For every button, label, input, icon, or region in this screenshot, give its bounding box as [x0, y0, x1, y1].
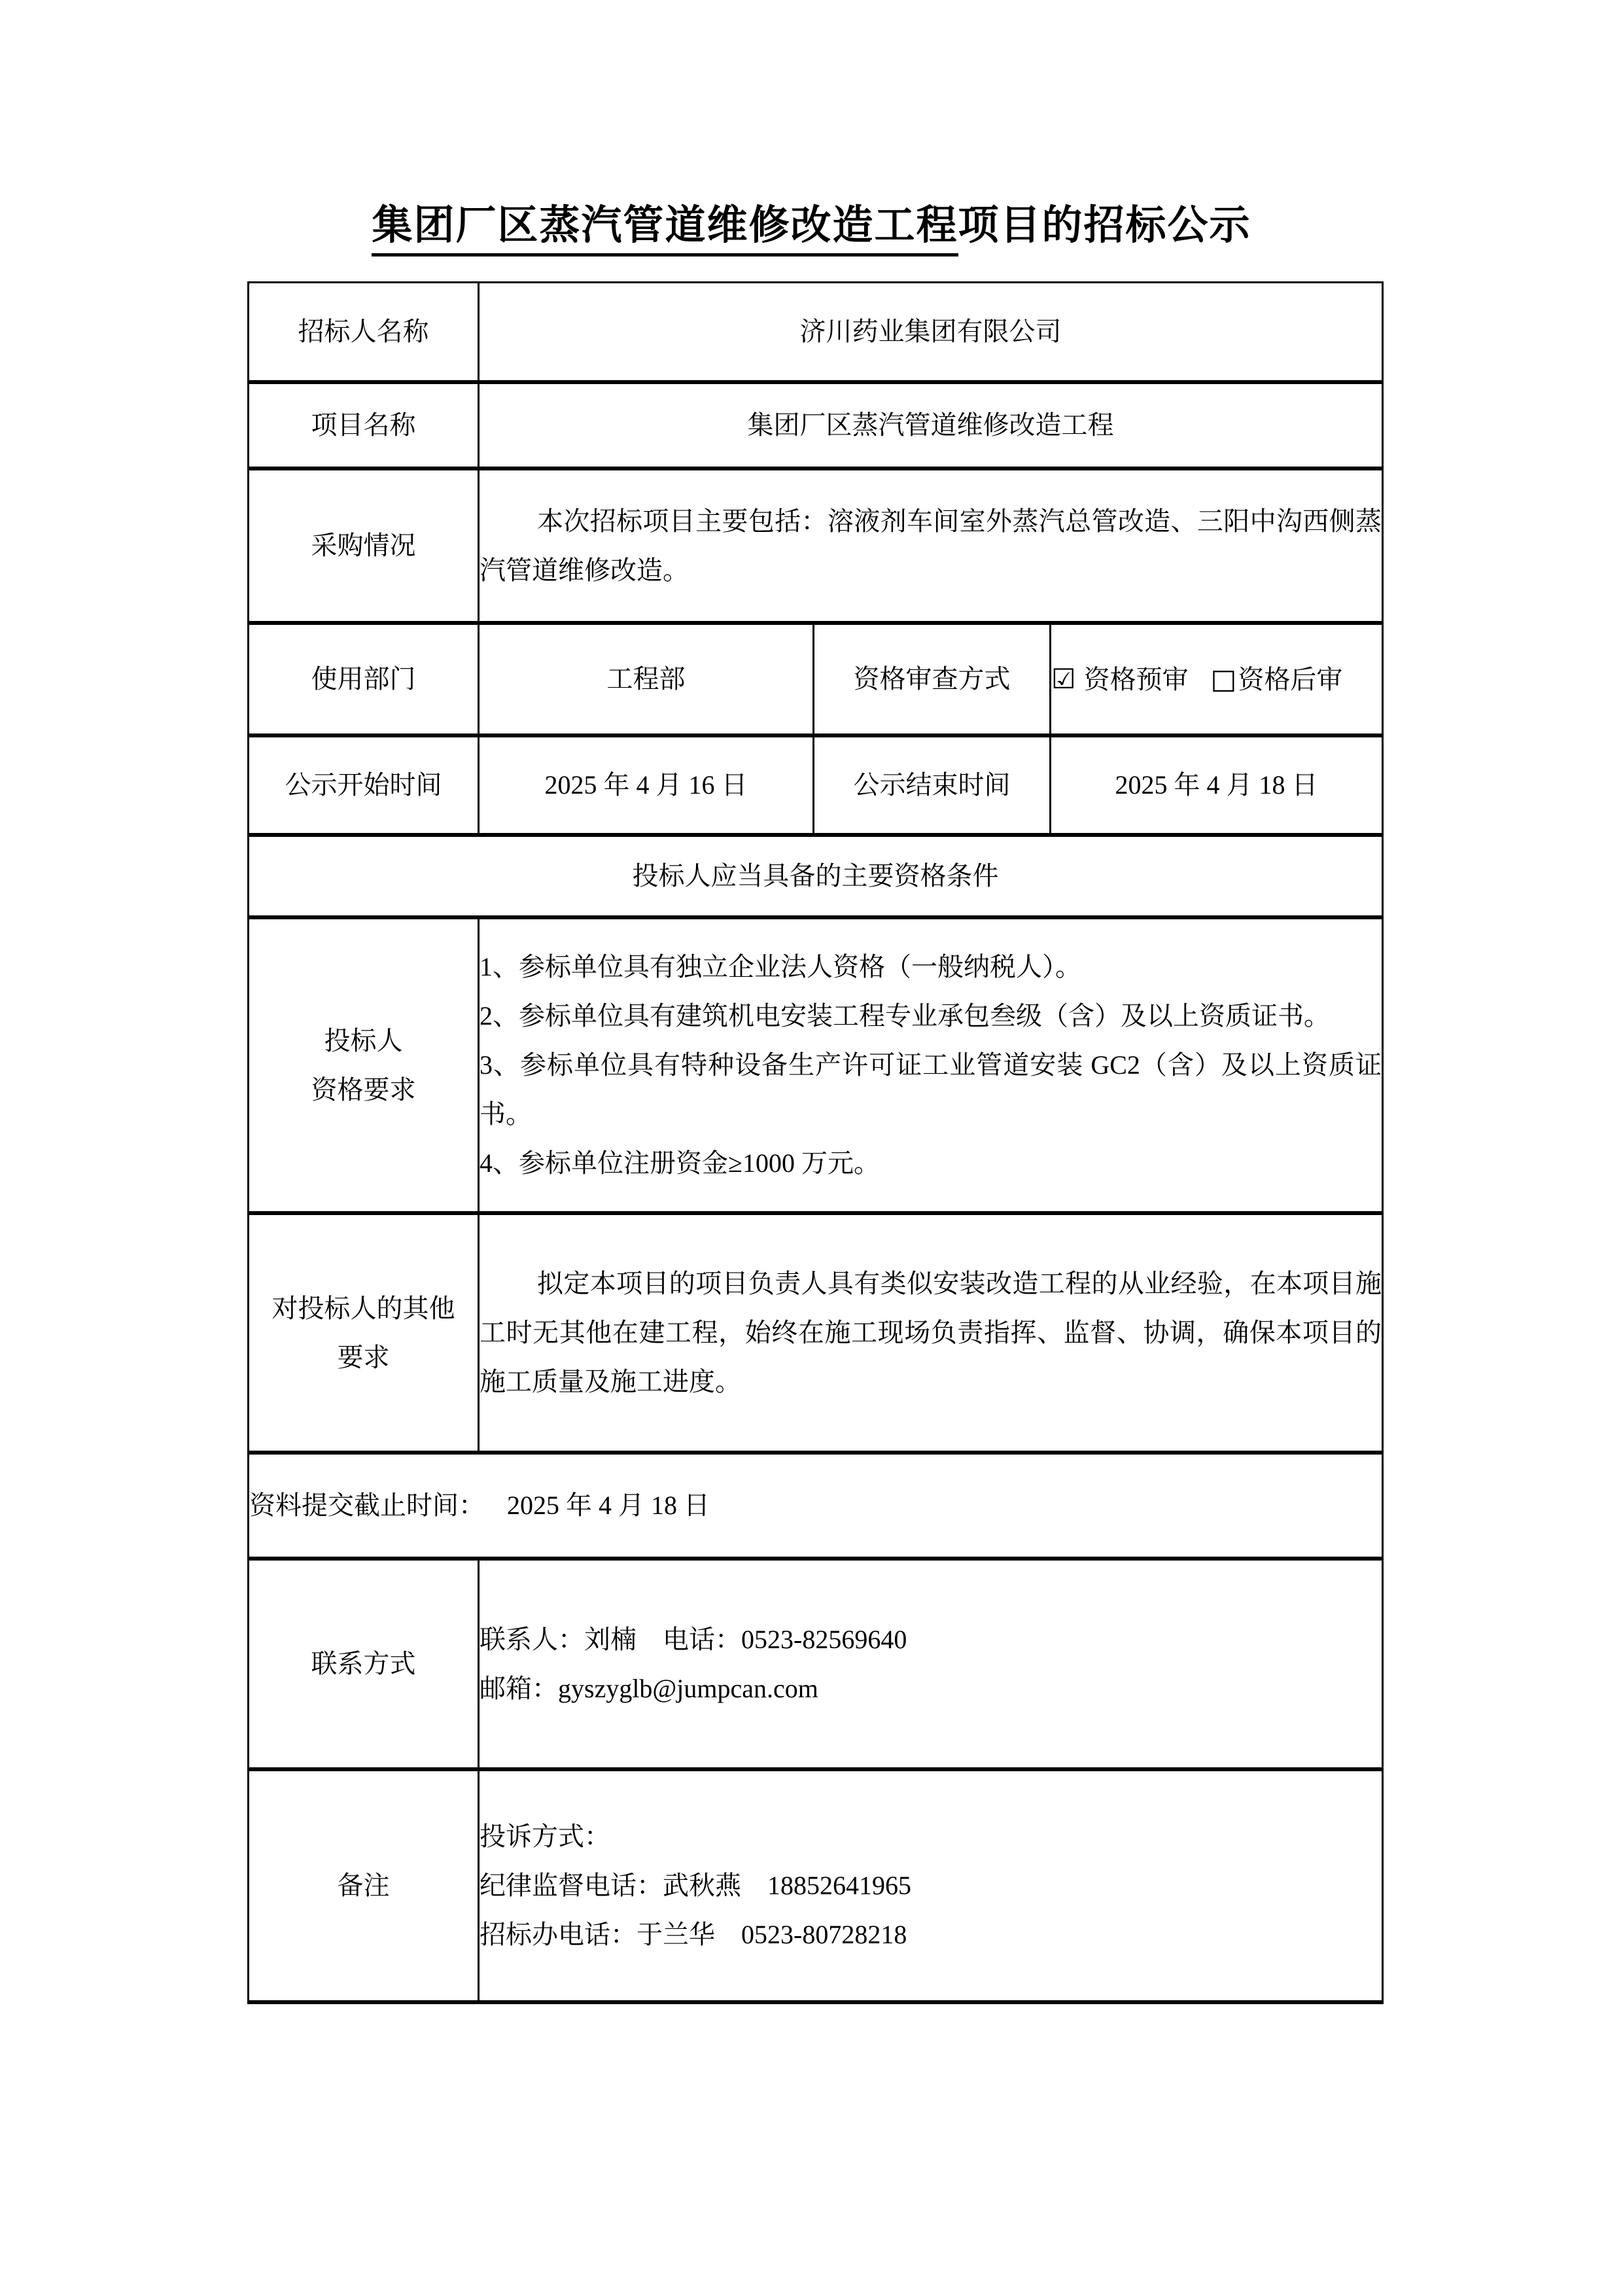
publicity-start-label: 公示开始时间: [249, 735, 479, 835]
table-row-procurement: 采购情况 本次招标项目主要包括：溶液剂车间室外蒸汽总管改造、三阳中沟西侧蒸汽管道…: [249, 468, 1383, 623]
deadline-value: 2025 年 4 月 18 日: [507, 1491, 710, 1520]
contact-person-phone-line: 联系人：刘楠 电话：0523-82569640: [480, 1615, 1382, 1664]
review-method-value: ☑资格预审□资格后审: [1051, 623, 1383, 735]
department-value: 工程部: [479, 623, 814, 735]
qualification-label-line1: 投标人: [249, 1016, 478, 1065]
qualification-label-line2: 资格要求: [249, 1065, 478, 1114]
pre-review-option-label: 资格预审: [1084, 665, 1189, 694]
qualification-label: 投标人 资格要求: [249, 917, 479, 1213]
unchecked-checkbox-icon: □: [1211, 663, 1237, 695]
table-row-department-review: 使用部门 工程部 资格审查方式 ☑资格预审□资格后审: [249, 623, 1383, 735]
department-label: 使用部门: [249, 623, 479, 735]
contact-label: 联系方式: [249, 1559, 479, 1769]
qualification-items: 1、参标单位具有独立企业法人资格（一般纳税人）。 2、参标单位具有建筑机电安装工…: [479, 917, 1383, 1213]
table-row-qualification: 投标人 资格要求 1、参标单位具有独立企业法人资格（一般纳税人）。 2、参标单位…: [249, 917, 1383, 1213]
document-page: 集团厂区蒸汽管道维修改造工程项目的招标公示 招标人名称 济川药业集团有限公司 项…: [0, 0, 1623, 2296]
post-review-option: □资格后审: [1211, 665, 1343, 694]
qualification-section-header: 投标人应当具备的主要资格条件: [249, 835, 1383, 917]
procurement-label: 采购情况: [249, 468, 479, 623]
bidder-name-value: 济川药业集团有限公司: [479, 283, 1383, 382]
publicity-end-value: 2025 年 4 月 18 日: [1051, 735, 1383, 835]
bidder-name-label: 招标人名称: [249, 283, 479, 382]
tender-office-phone-line: 招标办电话：于兰华 0523-80728218: [480, 1910, 1382, 1959]
deadline-cell: 资料提交截止时间：2025 年 4 月 18 日: [249, 1453, 1383, 1559]
table-row-project: 项目名称 集团厂区蒸汽管道维修改造工程: [249, 382, 1383, 468]
complaint-method-line: 投诉方式：: [480, 1812, 1382, 1861]
procurement-value: 本次招标项目主要包括：溶液剂车间室外蒸汽总管改造、三阳中沟西侧蒸汽管道维修改造。: [479, 468, 1383, 623]
tender-announcement-table: 招标人名称 济川药业集团有限公司 项目名称 集团厂区蒸汽管道维修改造工程 采购情…: [247, 281, 1384, 2004]
table-row-contact: 联系方式 联系人：刘楠 电话：0523-82569640 邮箱：gyszyglb…: [249, 1559, 1383, 1769]
other-requirements-label-line2: 要求: [249, 1333, 478, 1382]
project-name-label: 项目名称: [249, 382, 479, 468]
contact-info: 联系人：刘楠 电话：0523-82569640 邮箱：gyszyglb@jump…: [479, 1559, 1383, 1769]
table-row-deadline: 资料提交截止时间：2025 年 4 月 18 日: [249, 1453, 1383, 1559]
other-requirements-value: 拟定本项目的项目负责人具有类似安装改造工程的从业经验，在本项目施工时无其他在建工…: [479, 1213, 1383, 1453]
table-row-remark: 备注 投诉方式： 纪律监督电话：武秋燕 18852641965 招标办电话：于兰…: [249, 1769, 1383, 2002]
project-name-value: 集团厂区蒸汽管道维修改造工程: [479, 382, 1383, 468]
publicity-start-value: 2025 年 4 月 16 日: [479, 735, 814, 835]
qualification-item-1: 1、参标单位具有独立企业法人资格（一般纳税人）。: [480, 942, 1382, 991]
discipline-phone-line: 纪律监督电话：武秋燕 18852641965: [480, 1861, 1382, 1910]
other-requirements-label-line1: 对投标人的其他: [249, 1284, 478, 1333]
title-rest-text: 项目的招标公示: [958, 203, 1251, 248]
qualification-item-2: 2、参标单位具有建筑机电安装工程专业承包叁级（含）及以上资质证书。: [480, 991, 1382, 1040]
table-row-other-requirements: 对投标人的其他 要求 拟定本项目的项目负责人具有类似安装改造工程的从业经验，在本…: [249, 1213, 1383, 1453]
table-row-bidder: 招标人名称 济川药业集团有限公司: [249, 283, 1383, 382]
title-underlined-text: 集团厂区蒸汽管道维修改造工程: [372, 203, 958, 256]
review-method-label: 资格审查方式: [814, 623, 1051, 735]
publicity-end-label: 公示结束时间: [814, 735, 1051, 835]
pre-review-option: ☑资格预审: [1051, 665, 1189, 694]
table-row-section-header: 投标人应当具备的主要资格条件: [249, 835, 1383, 917]
deadline-label: 资料提交截止时间：: [249, 1491, 485, 1520]
qualification-item-3: 3、参标单位具有特种设备生产许可证工业管道安装 GC2（含）及以上资质证书。: [480, 1040, 1382, 1139]
checked-checkbox-icon: ☑: [1051, 663, 1076, 695]
page-title: 集团厂区蒸汽管道维修改造工程项目的招标公示: [0, 202, 1623, 250]
other-requirements-label: 对投标人的其他 要求: [249, 1213, 479, 1453]
qualification-item-4: 4、参标单位注册资金≥1000 万元。: [480, 1139, 1382, 1188]
remark-info: 投诉方式： 纪律监督电话：武秋燕 18852641965 招标办电话：于兰华 0…: [479, 1769, 1383, 2002]
contact-email-line: 邮箱：gyszyglb@jumpcan.com: [480, 1664, 1382, 1713]
remark-label: 备注: [249, 1769, 479, 2002]
table-row-publicity-dates: 公示开始时间 2025 年 4 月 16 日 公示结束时间 2025 年 4 月…: [249, 735, 1383, 835]
post-review-option-label: 资格后审: [1238, 665, 1342, 694]
